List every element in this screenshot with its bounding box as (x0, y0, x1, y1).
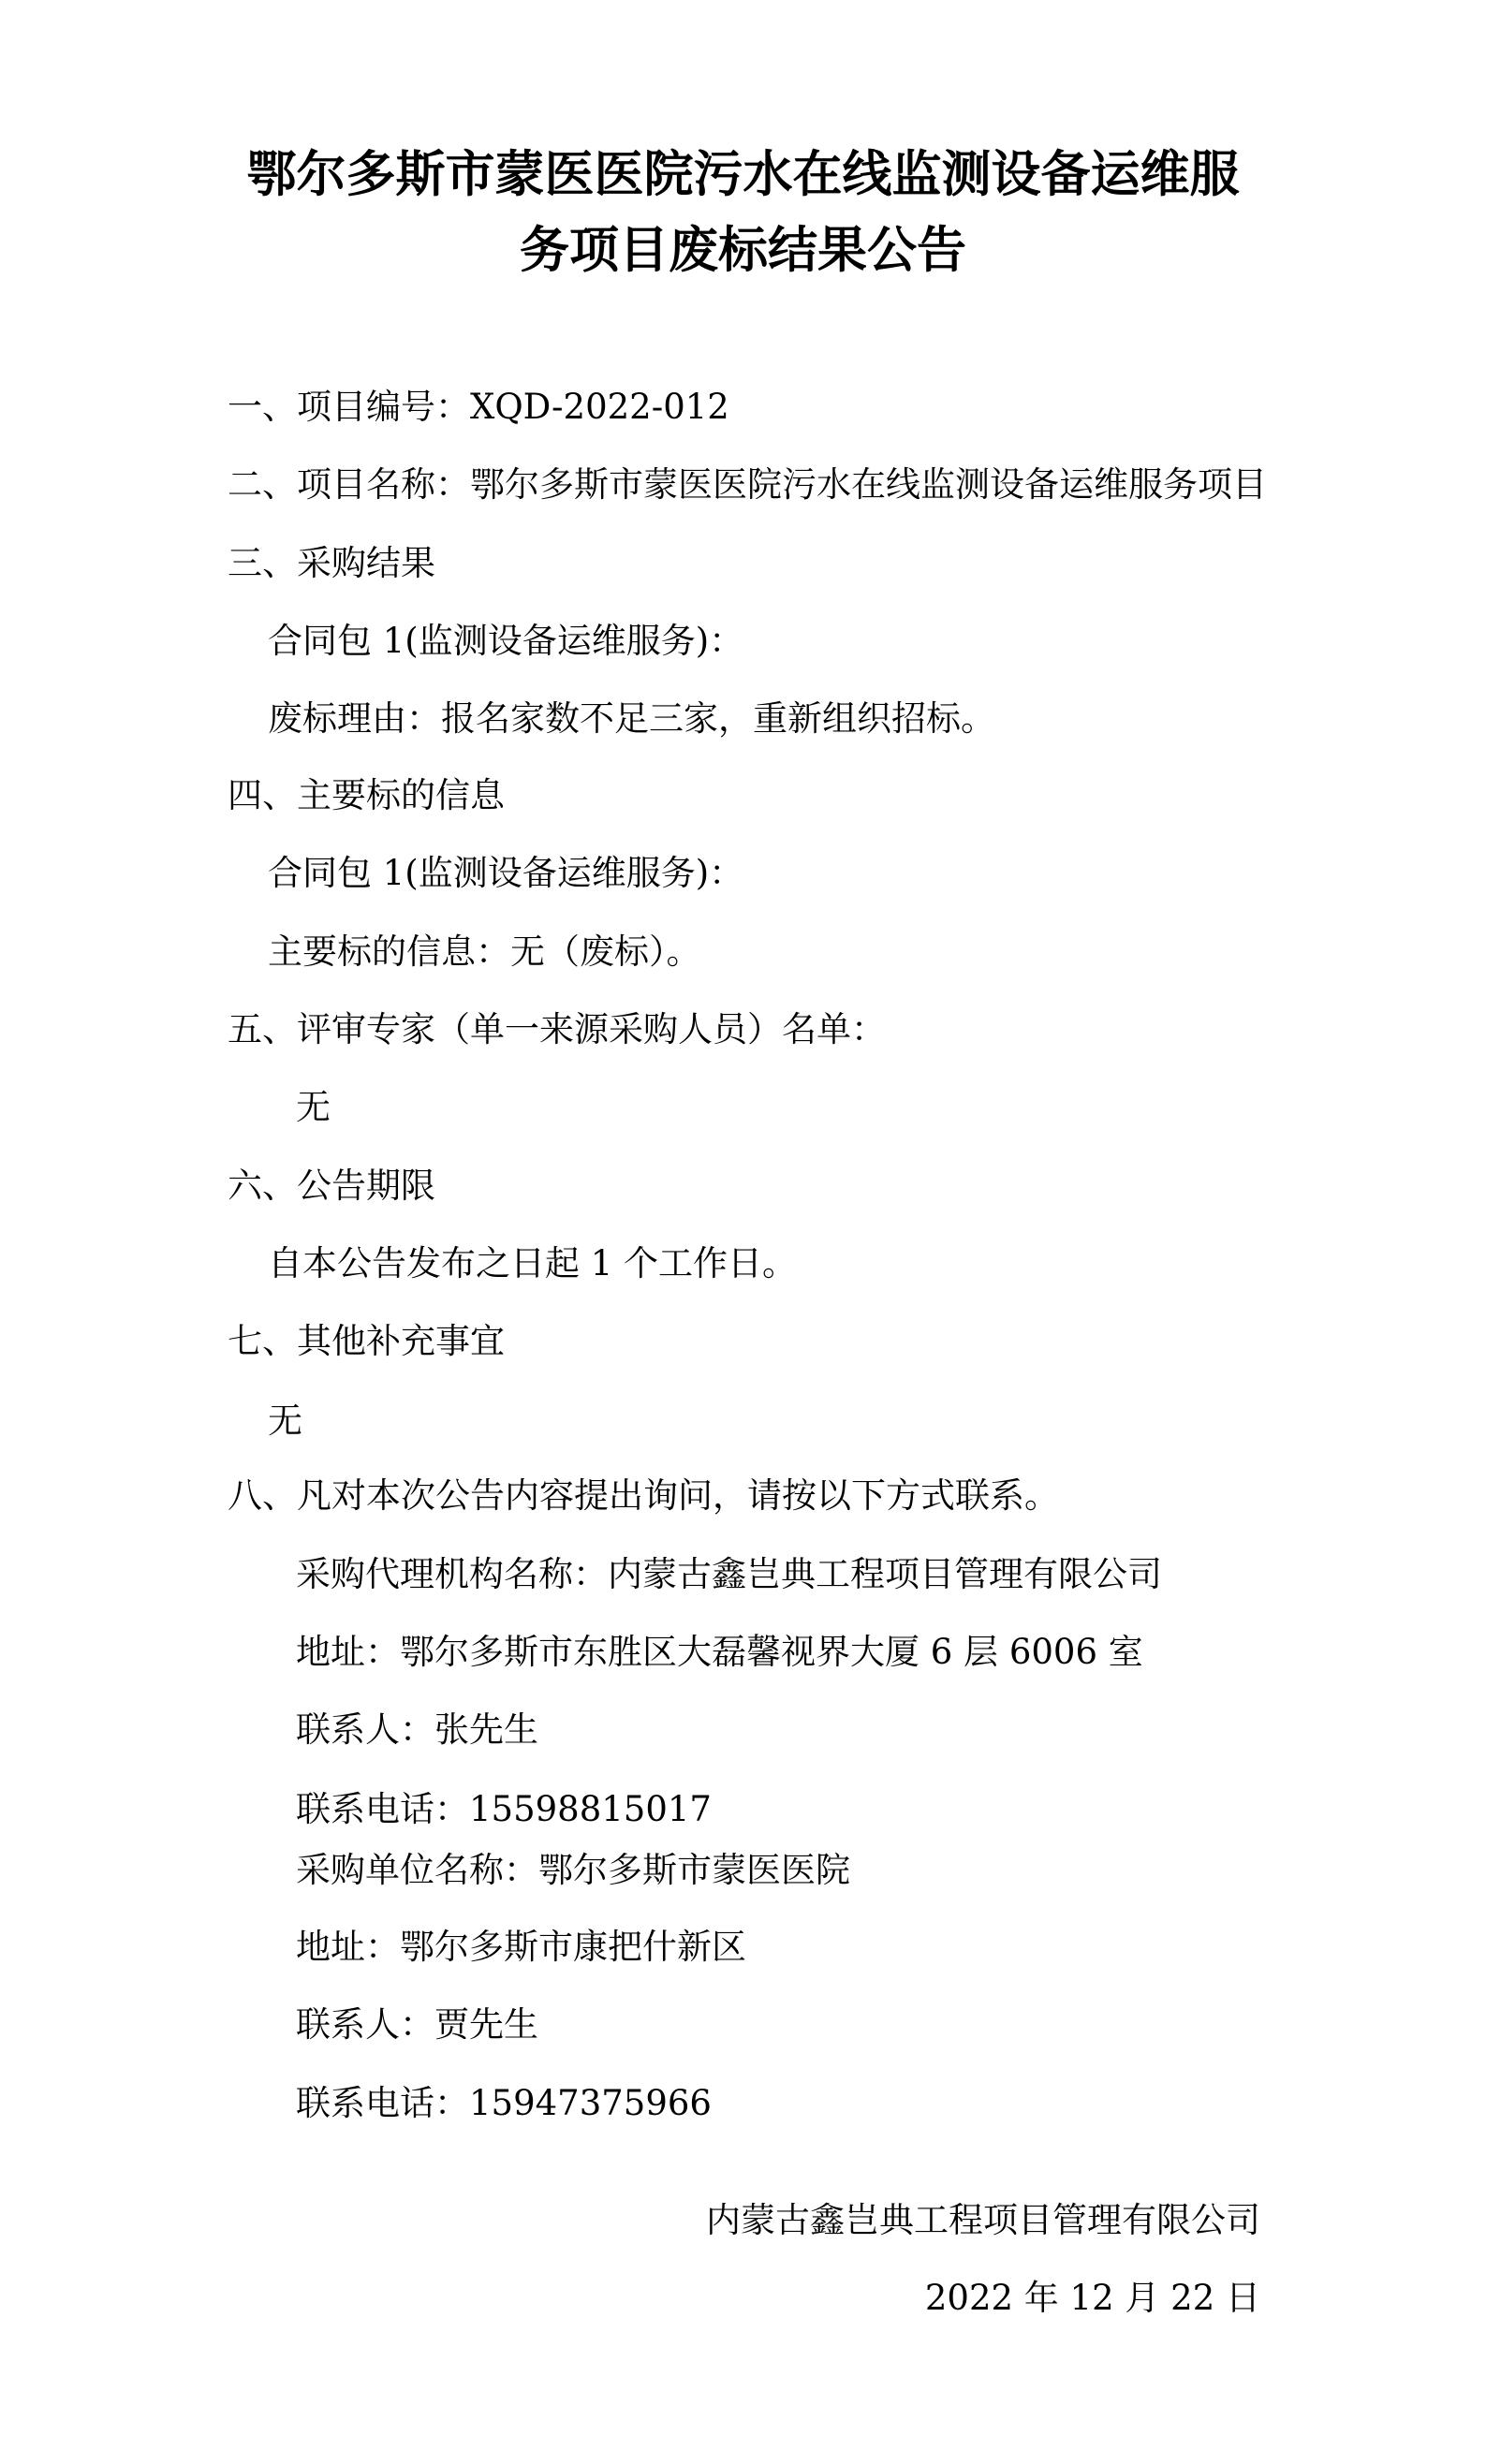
section-7-value: 无 (268, 1401, 302, 1442)
section-4-package: 合同包 1(监测设备运维服务)： (268, 853, 743, 894)
purchaser-name: 采购单位名称：鄂尔多斯市蒙医医院 (296, 1850, 850, 1891)
section-4-info: 主要标的信息：无（废标）。 (268, 931, 701, 973)
page-title-line-2: 务项目废标结果公告 (0, 222, 1486, 278)
signature-company: 内蒙古鑫岂典工程项目管理有限公司 (706, 2200, 1260, 2241)
agency-address: 地址：鄂尔多斯市东胜区大磊馨视界大厦 6 层 6006 室 (296, 1632, 1143, 1673)
purchaser-contact-person: 联系人：贾先生 (296, 2004, 538, 2046)
section-3-reason: 废标理由：报名家数不足三家，重新组织招标。 (268, 698, 995, 740)
section-3-package: 合同包 1(监测设备运维服务)： (268, 621, 743, 662)
agency-contact-person: 联系人：张先生 (296, 1709, 538, 1751)
purchaser-address: 地址：鄂尔多斯市康把什新区 (296, 1927, 746, 1968)
project-name: 二、项目名称：鄂尔多斯市蒙医医院污水在线监测设备运维服务项目 (228, 464, 1267, 506)
section-6-heading: 六、公告期限 (228, 1166, 435, 1207)
section-5-heading: 五、评审专家（单一来源采购人员）名单： (228, 1009, 886, 1050)
project-number: 一、项目编号：XQD-2022-012 (228, 387, 729, 428)
page-title-line-1: 鄂尔多斯市蒙医医院污水在线监测设备运维服 (0, 146, 1486, 202)
section-6-value: 自本公告发布之日起 1 个工作日。 (268, 1243, 797, 1284)
purchaser-phone: 联系电话：15947375966 (296, 2083, 712, 2124)
signature-date: 2022 年 12 月 22 日 (925, 2278, 1260, 2319)
agency-phone: 联系电话：15598815017 (296, 1789, 712, 1830)
section-8-heading: 八、凡对本次公告内容提出询问，请按以下方式联系。 (228, 1475, 1059, 1517)
section-5-value: 无 (296, 1087, 331, 1128)
section-3-heading: 三、采购结果 (228, 543, 435, 584)
section-4-heading: 四、主要标的信息 (228, 775, 505, 816)
section-7-heading: 七、其他补充事宜 (228, 1321, 505, 1362)
agency-name: 采购代理机构名称：内蒙古鑫岂典工程项目管理有限公司 (296, 1554, 1162, 1595)
